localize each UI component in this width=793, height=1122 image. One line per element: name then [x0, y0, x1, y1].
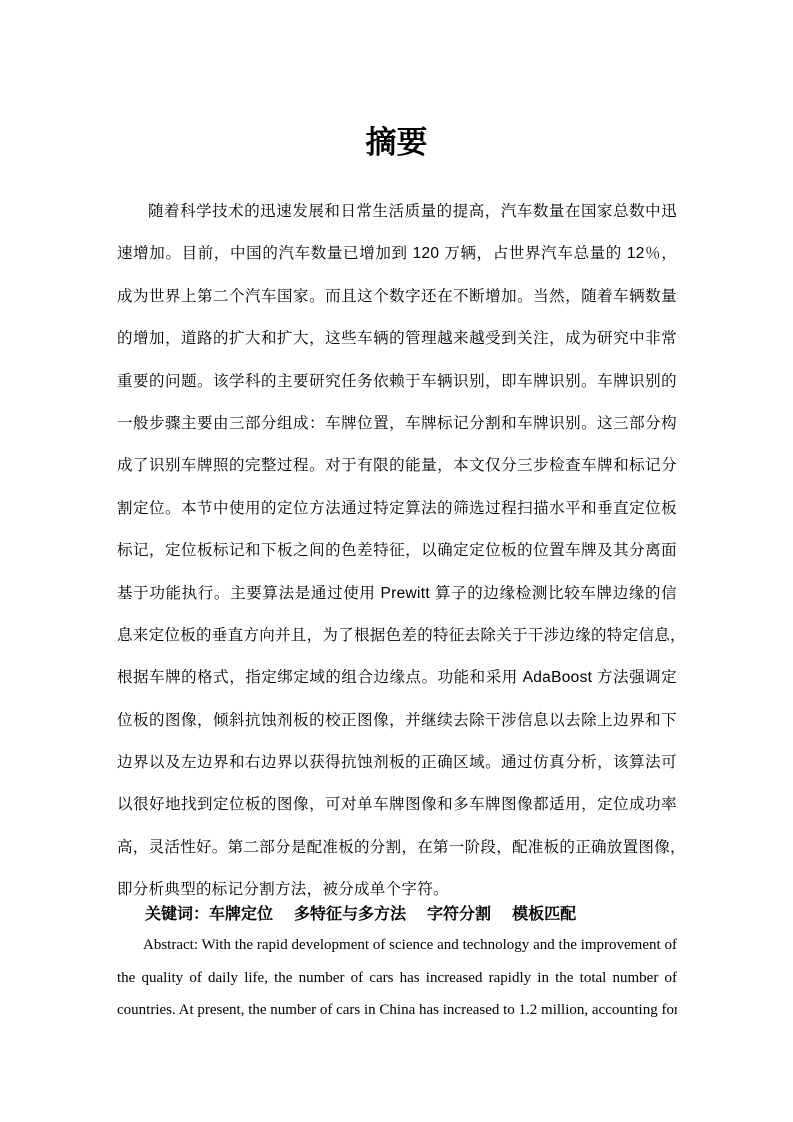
keyword-item: 模板匹配: [512, 906, 576, 923]
text-line: 位板的图像，倾斜抗蚀剂板的校正图像，并继续去除干涉信息以去除上边界和下: [117, 700, 677, 742]
text-line: Abstract: With the rapid development of …: [117, 929, 677, 962]
document-page: 摘要 随着科学技术的迅速发展和日常生活质量的提高，汽车数量在国家总数中迅速增加。…: [0, 0, 793, 1122]
text-line: 根据车牌的格式，指定绑定域的组合边缘点。功能和采用 AdaBoost 方法强调定: [117, 657, 677, 699]
text-line: 的增加，道路的扩大和扩大，这些车辆的管理越来越受到关注，成为研究中非常: [117, 318, 677, 360]
text-line: 成为世界上第二个汽车国家。而且这个数字还在不断增加。当然，随着车辆数量: [117, 276, 677, 318]
text-line: 随着科学技术的迅速发展和日常生活质量的提高，汽车数量在国家总数中迅: [117, 191, 677, 233]
page-title: 摘要: [0, 121, 793, 165]
text-line: 一般步骤主要由三部分组成：车牌位置，车牌标记分割和车牌识别。这三部分构: [117, 403, 677, 445]
text-line: 高，灵活性好。第二部分是配准板的分割，在第一阶段，配准板的正确放置图像，: [117, 827, 677, 869]
text-line: 割定位。本节中使用的定位方法通过特定算法的筛选过程扫描水平和垂直定位板: [117, 488, 677, 530]
text-line: the quality of daily life, the number of…: [117, 962, 677, 995]
keywords-label: 关键词：: [145, 906, 209, 923]
text-line: 息来定位板的垂直方向并且，为了根据色差的特征去除关于干涉边缘的特定信息，: [117, 615, 677, 657]
keyword-item: 多特征与多方法: [294, 906, 406, 923]
text-line: countries. At present, the number of car…: [117, 994, 677, 1027]
text-line: 速增加。目前，中国的汽车数量已增加到 120 万辆，占世界汽车总量的 12％，: [117, 233, 677, 275]
text-line: 以很好地找到定位板的图像，可对单车牌图像和多车牌图像都适用，定位成功率: [117, 784, 677, 826]
text-line: 成了识别车牌照的完整过程。对于有限的能量，本文仅分三步检查车牌和标记分: [117, 445, 677, 487]
keywords-line: 关键词：车牌定位多特征与多方法字符分割模板匹配: [145, 901, 576, 929]
keyword-item: 车牌定位: [209, 906, 273, 923]
abstract-cn-paragraph: 随着科学技术的迅速发展和日常生活质量的提高，汽车数量在国家总数中迅速增加。目前，…: [117, 191, 677, 912]
keywords-items: 车牌定位多特征与多方法字符分割模板匹配: [209, 906, 576, 923]
abstract-en-paragraph: Abstract: With the rapid development of …: [117, 929, 677, 1027]
keyword-item: 字符分割: [427, 906, 491, 923]
text-line: 边界以及左边界和右边界以获得抗蚀剂板的正确区域。通过仿真分析，该算法可: [117, 742, 677, 784]
text-line: 重要的问题。该学科的主要研究任务依赖于车辆识别，即车牌识别。车牌识别的: [117, 361, 677, 403]
text-line: 标记，定位板标记和下板之间的色差特征，以确定定位板的位置车牌及其分离面: [117, 530, 677, 572]
text-line: 基于功能执行。主要算法是通过使用 Prewitt 算子的边缘检测比较车牌边缘的信: [117, 573, 677, 615]
